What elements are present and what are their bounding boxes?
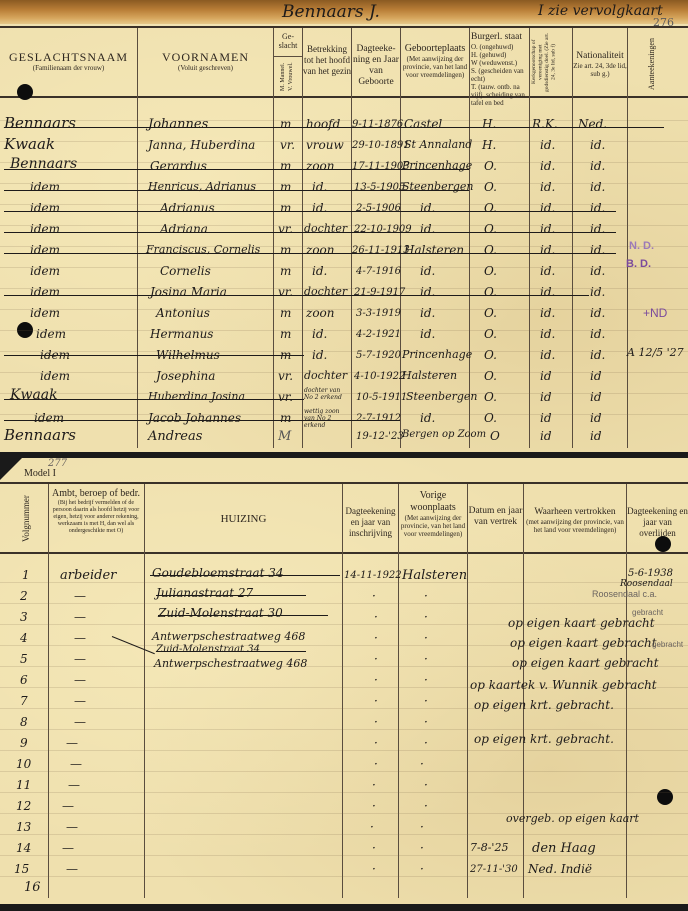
person-row: Bennaars Johannes m hoofd 9-11-1876 Cast… <box>0 114 688 137</box>
strikethrough <box>4 211 616 212</box>
model-label: Model I <box>24 468 56 479</box>
previous-residence: · <box>424 631 428 645</box>
residence-row: 16 <box>0 878 688 899</box>
first-names: Huberdina Josina <box>148 390 245 403</box>
civil-status: O. <box>484 201 497 215</box>
residence-row: 9 — · · op eigen krt. gebracht. <box>0 734 688 755</box>
religion: id. <box>540 285 555 299</box>
nationality: id. <box>590 348 605 362</box>
header-first-names-title: VOORNAMEN <box>138 50 273 64</box>
sex: M <box>278 429 291 444</box>
relation: hoofd <box>306 117 340 131</box>
nationality: id. <box>590 222 605 236</box>
birth-date: 13-5-1905 <box>354 182 405 193</box>
person-row: idem Cornelis m id. 4-7-1916 id. O. id. … <box>0 261 688 284</box>
relation: zoon <box>306 243 335 257</box>
residence-row: 10 — · · <box>0 755 688 776</box>
birth-date: 9-11-1876 <box>352 119 403 130</box>
residence-row: 4 — · · op eigen kaart gebracht <box>0 629 688 650</box>
previous-residence: Halsteren <box>402 568 467 583</box>
birth-date: 26-11-1913 <box>352 245 410 256</box>
birth-date: 21-9-1917 <box>354 287 405 298</box>
residence-row: 3 — · · op eigen kaart gebracht <box>0 608 688 629</box>
surname: Bennaars <box>4 426 76 444</box>
previous-residence: · <box>420 757 424 771</box>
nationality: id. <box>590 180 605 194</box>
relation: id. <box>312 327 327 341</box>
civil-status: O. <box>484 390 497 404</box>
residence-row: 1 arbeider 14-11-1922 Halsteren 5-6-1938 <box>0 566 688 587</box>
strikethrough <box>4 355 304 356</box>
relation: zoon <box>306 159 335 173</box>
destination: op eigen kaart gebracht <box>508 616 655 630</box>
header-relation: Betrekking tot het hoofd van het gezin <box>303 44 351 77</box>
person-row: Kwaak Huberdina Josina vr. dochter van N… <box>0 387 688 410</box>
header-number: Volgnummer <box>22 488 36 550</box>
nationality: id. <box>590 306 605 320</box>
occupation: — <box>74 715 86 729</box>
birth-date: 5-7-1920 <box>356 350 401 361</box>
residence-row: 2 — · · <box>0 587 688 608</box>
birthplace: Princenhage <box>402 348 472 361</box>
card-corner-cut <box>0 458 22 480</box>
surname: idem <box>34 411 64 425</box>
residence-row: 13 — · · overgeb. op eigen kaart <box>0 818 688 839</box>
occupation: arbeider <box>60 568 116 583</box>
surname: idem <box>30 243 60 257</box>
first-names: Johannes <box>148 117 208 132</box>
previous-residence: · <box>424 673 428 687</box>
birth-date: 2-5-1906 <box>356 203 401 214</box>
sex: vr. <box>278 222 293 236</box>
civil-status: O. <box>484 411 497 425</box>
registration-date: · <box>374 631 378 645</box>
occupation: — <box>74 652 86 666</box>
nationality: id. <box>590 264 605 278</box>
nationality: id. <box>590 327 605 341</box>
occupation: — <box>74 694 86 708</box>
religion: R.K. <box>532 117 558 131</box>
religion: id. <box>540 306 555 320</box>
occupation: — <box>70 757 82 771</box>
header-civil-status-title: Burgerl. staat <box>471 31 529 43</box>
header-birth-date: Dagteeke-ning en Jaar van Geboorte <box>352 44 400 88</box>
header-previous-residence-title: Vorige woonplaats <box>399 490 467 514</box>
relation: vrouw <box>306 138 344 152</box>
previous-residence: · <box>424 736 428 750</box>
row-number: 5 <box>20 652 28 666</box>
row-number: 6 <box>20 673 28 687</box>
nationality: Ned. <box>578 117 607 131</box>
civil-status: O. <box>484 264 497 278</box>
sex-header-divider <box>274 56 302 57</box>
birthplace: id. <box>420 306 435 320</box>
occupation: — <box>74 610 86 624</box>
strikethrough <box>4 127 664 128</box>
person-row: idem Henricus, Adrianus m id. 13-5-1905 … <box>0 177 688 200</box>
civil-status: O. <box>484 285 497 299</box>
destination: den Haag <box>532 841 596 856</box>
header-sex: Ge-slacht <box>274 32 302 50</box>
row-number: 13 <box>16 820 31 834</box>
header-rule-bottom <box>0 552 688 554</box>
nationality: id. <box>590 159 605 173</box>
stamp-plus-nd: +ND <box>643 306 667 320</box>
civil-status: O. <box>484 243 497 257</box>
surname: Kwaak <box>10 387 58 403</box>
row-number: 14 <box>16 841 31 855</box>
header-nationality-subtitle: Zie art. 24, 3de lid, sub g.) <box>573 62 627 78</box>
header-religion: Kerkgenootschap of vereeniging met godsd… <box>531 30 571 94</box>
header-destination-subtitle: (met aanwijzing der provincie, van het l… <box>524 518 626 534</box>
nationality: id <box>590 411 602 425</box>
header-surname-subtitle: (Familienaam der vrouw) <box>0 64 137 72</box>
civil-status: O. <box>484 348 497 362</box>
surname: idem <box>30 285 60 299</box>
sex: vr. <box>278 369 293 383</box>
previous-residence: · <box>424 589 428 603</box>
destination: op eigen kaart gebracht <box>510 636 657 650</box>
registration-date: · <box>374 694 378 708</box>
birthplace: St Annaland <box>404 138 472 151</box>
header-civil-status-line: W (weduwenst.) <box>471 59 529 67</box>
occupation: — <box>62 799 74 813</box>
sex: m <box>280 201 291 215</box>
surname: idem <box>30 180 60 194</box>
first-names: Adrianus <box>160 201 215 215</box>
header-rule-top <box>0 26 688 28</box>
header-birthplace: Geboorteplaats (Met aanwijzing der provi… <box>401 43 469 79</box>
relation: id. <box>312 201 327 215</box>
religion: id. <box>540 243 555 257</box>
nationality: id <box>590 390 602 404</box>
header-previous-residence-subtitle: (Met aanwijzing der provincie, van het l… <box>399 514 467 538</box>
relation: dochter <box>304 369 347 382</box>
surname: idem <box>30 306 60 320</box>
header-sex-subtitle: M. Mannel. V. Vrouwel. <box>279 60 297 94</box>
civil-status: O. <box>484 306 497 320</box>
birth-date: 4-7-1916 <box>356 266 401 277</box>
birthplace: Halsteren <box>402 369 457 382</box>
strikethrough <box>4 190 469 191</box>
residence-row: 6 — · · op kaartek v. Wunnik gebracht <box>0 671 688 692</box>
first-names: Jacob Johannes <box>148 411 241 425</box>
header-previous-residence: Vorige woonplaats (Met aanwijzing der pr… <box>399 490 467 538</box>
relation: dochter van No 2 erkend <box>304 387 350 401</box>
header-civil-status-line: O. (ongehuwd) <box>471 43 529 51</box>
row-number: 2 <box>20 589 28 603</box>
registration-date: · <box>372 862 376 876</box>
religion: id <box>540 390 552 404</box>
row-number: 9 <box>20 736 28 750</box>
header-nationality-title: Nationaliteit <box>573 50 627 62</box>
strikethrough <box>4 232 616 233</box>
row-number: 11 <box>16 778 31 792</box>
strikethrough <box>4 253 616 254</box>
header-civil-status-line: T. (tauw. ontb. na vijfj. scheiding van … <box>471 83 529 107</box>
stamp-bd: B. D. <box>626 258 651 270</box>
residence-row: 5 — · · op eigen kaart gebracht <box>0 650 688 671</box>
birth-date: 29-10-1891 <box>352 140 410 151</box>
header-destination-title: Waarheen vertrokken <box>524 506 626 518</box>
sex: m <box>280 159 291 173</box>
nationality: id. <box>590 201 605 215</box>
header-rule-top <box>0 482 688 484</box>
relation: id. <box>312 180 327 194</box>
religion: id. <box>540 180 555 194</box>
sex: m <box>280 243 291 257</box>
birth-date: 3-3-1919 <box>356 308 401 319</box>
row-number: 7 <box>20 694 28 708</box>
departure-date: 27-11-'30 <box>470 864 518 875</box>
occupation: — <box>74 631 86 645</box>
birthplace: id. <box>420 222 435 236</box>
sex: vr. <box>278 390 293 404</box>
residence-row: 14 — · · 7-8-'25 den Haag <box>0 839 688 860</box>
religion: id <box>540 411 552 425</box>
birthplace: id. <box>420 201 435 215</box>
nationality: id. <box>590 243 605 257</box>
first-names: Gerardus <box>150 159 207 173</box>
civil-status: O. <box>484 180 497 194</box>
punch-hole <box>17 84 33 100</box>
sex: vr. <box>280 138 295 152</box>
religion: id. <box>540 348 555 362</box>
surname: idem <box>30 222 60 236</box>
row-number: 4 <box>20 631 28 645</box>
civil-status: O. <box>484 222 497 236</box>
birthplace: Bergen op Zoom <box>402 429 486 440</box>
header-first-names: VOORNAMEN (Voluit geschreven) <box>138 50 273 72</box>
registration-date: · <box>374 673 378 687</box>
header-departure-date: Datum en jaar van vertrek <box>468 506 523 528</box>
civil-status: H. <box>482 138 496 152</box>
header-surname: GESLACHTSNAAM (Familienaam der vrouw) <box>0 50 137 72</box>
pencil-note: gebracht <box>652 640 683 649</box>
model-number: 277 <box>48 458 67 469</box>
first-names: Antonius <box>156 306 210 320</box>
previous-residence: · <box>424 799 428 813</box>
registration-date: · <box>374 715 378 729</box>
surname: idem <box>30 201 60 215</box>
row-number: 15 <box>14 862 29 876</box>
birth-date: 4-10-1922 <box>354 371 405 382</box>
occupation: — <box>68 778 80 792</box>
first-names: Cornelis <box>160 264 211 278</box>
first-names: Janna, Huberdina <box>148 138 255 152</box>
birth-date: 2-7-1912 <box>356 413 401 424</box>
person-row: idem Franciscus, Cornelis m zoon 26-11-1… <box>0 240 688 263</box>
nationality: id <box>590 369 602 383</box>
row-number: 8 <box>20 715 28 729</box>
previous-residence: · <box>424 610 428 624</box>
sex: m <box>280 411 291 425</box>
registration-date: · <box>372 778 376 792</box>
first-names: Andreas <box>148 429 202 444</box>
previous-residence: · <box>420 820 424 834</box>
religion: id. <box>540 222 555 236</box>
religion: id <box>540 429 552 443</box>
strikethrough <box>4 295 589 296</box>
surname: idem <box>36 327 66 341</box>
residence-row: 11 — · · <box>0 776 688 797</box>
birthplace: id. <box>420 411 435 425</box>
occupation: — <box>74 673 86 687</box>
relation: zoon <box>306 306 335 320</box>
person-row: idem Josephina vr. dochter 4-10-1922 Hal… <box>0 366 688 389</box>
birth-date: 19-12-'23 <box>356 431 404 442</box>
first-names: Josephina <box>156 369 215 383</box>
sex: m <box>280 180 291 194</box>
person-row: idem Adriana vr. dochter 22-10-1909 id. … <box>0 219 688 242</box>
birth-date: 4-2-1921 <box>356 329 401 340</box>
person-row: idem Hermanus m id. 4-2-1921 id. O. id. … <box>0 324 688 347</box>
header-first-names-subtitle: (Voluit geschreven) <box>138 64 273 72</box>
religion: id. <box>540 327 555 341</box>
sex: m <box>280 306 291 320</box>
header-birthplace-subtitle: (Met aanwijzing der provincie, van het l… <box>401 55 469 79</box>
registration-card-front: Bennaars J. I zie vervolgkaart 276 GESLA… <box>0 0 688 452</box>
surname: Kwaak <box>4 135 55 153</box>
first-names: Adriana <box>160 222 208 236</box>
destination: Ned. Indië <box>528 862 592 876</box>
occupation: — <box>66 736 78 750</box>
registration-date: · <box>374 736 378 750</box>
birthplace: id. <box>420 327 435 341</box>
birthplace: id. <box>420 264 435 278</box>
registration-date: · <box>374 757 378 771</box>
header-occupation-subtitle: (Bij het bedrijf vermelden of de persoon… <box>50 500 142 535</box>
card-reference-note: I zie vervolgkaart <box>538 3 663 19</box>
birth-date: 17-11-1903 <box>352 161 410 172</box>
first-names: Hermanus <box>150 327 213 341</box>
card-family-name: Bennaars J. <box>282 2 380 22</box>
previous-residence: · <box>424 694 428 708</box>
occupation: — <box>74 589 86 603</box>
departure-date: 7-8-'25 <box>470 841 508 854</box>
relation: id. <box>312 264 327 278</box>
occupation: — <box>66 820 78 834</box>
birthplace: Castel <box>404 117 442 131</box>
previous-residence: · <box>424 652 428 666</box>
previous-residence: · <box>420 841 424 855</box>
residence-row: 8 — · · <box>0 713 688 734</box>
sex: vr. <box>278 285 293 299</box>
header-civil-status-line: S. (gescheiden van echt) <box>471 67 529 83</box>
header-civil-status: Burgerl. staat O. (ongehuwd) H. (gehuwd)… <box>471 31 529 107</box>
person-row: Bennaars Gerardus m zoon 17-11-1903 Prin… <box>0 156 688 179</box>
header-nationality: Nationaliteit Zie art. 24, 3de lid, sub … <box>573 50 627 78</box>
person-row: idem Wilhelmus m id. 5-7-1920 Princenhag… <box>0 345 688 368</box>
registration-date: · <box>372 841 376 855</box>
registration-date: · <box>370 820 374 834</box>
death-date: 5-6-1938 <box>628 568 673 579</box>
religion: id <box>540 369 552 383</box>
religion: id. <box>540 138 555 152</box>
surname: Bennaars <box>4 114 76 132</box>
birthplace: Halsteren <box>404 243 464 257</box>
punch-hole <box>655 536 671 552</box>
relation: id. <box>312 348 327 362</box>
sex: m <box>280 264 291 278</box>
civil-status: O. <box>484 159 497 173</box>
header-destination: Waarheen vertrokken (met aanwijzing der … <box>524 506 626 534</box>
header-occupation: Ambt, beroep of bedr. (Bij het bedrijf v… <box>50 488 142 535</box>
header-remarks: Aanteekeningen <box>648 34 662 94</box>
row-number: 12 <box>16 799 31 813</box>
row-number: 16 <box>24 880 41 895</box>
civil-status: H. <box>482 117 496 131</box>
religion: id. <box>540 201 555 215</box>
person-row: idem Adrianus m id. 2-5-1906 id. O. id. … <box>0 198 688 221</box>
civil-status: O. <box>484 369 497 383</box>
destination: op kaartek v. Wunnik gebracht <box>470 678 657 692</box>
registration-card-back: Model I 277 Volgnummer Ambt, beroep of b… <box>0 458 688 904</box>
surname: idem <box>30 264 60 278</box>
nationality: id. <box>590 285 605 299</box>
strikethrough <box>4 169 469 170</box>
strikethrough <box>4 420 400 421</box>
registration-date: · <box>374 610 378 624</box>
first-names: Josina Maria <box>150 285 227 299</box>
sex: m <box>280 117 291 131</box>
header-occupation-title: Ambt, beroep of bedr. <box>50 488 142 500</box>
person-row: Bennaars Andreas M 19-12-'23 Bergen op Z… <box>0 426 688 449</box>
registration-date: · <box>372 589 376 603</box>
person-row: Kwaak Janna, Huberdina vr. vrouw 29-10-1… <box>0 135 688 158</box>
row-number: 1 <box>22 568 30 582</box>
destination: overgeb. op eigen kaart <box>506 812 639 825</box>
header-surname-title: GESLACHTSNAAM <box>0 50 137 64</box>
destination: op eigen krt. gebracht. <box>474 732 614 746</box>
previous-residence: · <box>420 862 424 876</box>
registration-date: · <box>372 799 376 813</box>
birth-date: 10-5-1911 <box>356 392 407 403</box>
header-registration-date: Dagteekening en jaar van inschrijving <box>343 506 398 539</box>
stamp-nd: N. D. <box>629 240 654 252</box>
birthplace: id. <box>420 285 435 299</box>
nationality: id. <box>590 138 605 152</box>
occupation: — <box>66 862 78 876</box>
person-row: idem Josina Maria vr. dochter 21-9-1917 … <box>0 282 688 305</box>
row-number: 10 <box>16 757 31 771</box>
nationality: id <box>590 429 602 443</box>
person-row: idem Antonius m zoon 3-3-1919 id. O. id.… <box>0 303 688 326</box>
residence-row: 7 — · · op eigen krt. gebracht. <box>0 692 688 713</box>
civil-status: O. <box>484 327 497 341</box>
civil-status: O <box>490 429 500 443</box>
occupation: — <box>62 841 74 855</box>
religion: id. <box>540 264 555 278</box>
birthplace: Steenbergen <box>406 390 478 403</box>
previous-residence: · <box>424 778 428 792</box>
header-death-date: Dagteekening en jaar van overlijden <box>627 506 688 539</box>
destination: op eigen kaart gebracht <box>512 656 659 670</box>
destination: op eigen krt. gebracht. <box>474 698 614 712</box>
religion: id. <box>540 159 555 173</box>
header-civil-status-line: H. (gehuwd) <box>471 51 529 59</box>
birth-date: 22-10-1909 <box>354 224 412 235</box>
header-rule-bottom <box>0 96 688 98</box>
remark-annotation: A 12/5 '27 <box>627 346 684 359</box>
previous-residence: · <box>424 715 428 729</box>
surname: idem <box>40 369 70 383</box>
registration-date: · <box>374 652 378 666</box>
header-residence: HUIZING <box>145 514 342 525</box>
registration-date: 14-11-1922 <box>344 570 402 581</box>
header-birthplace-title: Geboorteplaats <box>401 43 469 55</box>
row-number: 3 <box>20 610 28 624</box>
